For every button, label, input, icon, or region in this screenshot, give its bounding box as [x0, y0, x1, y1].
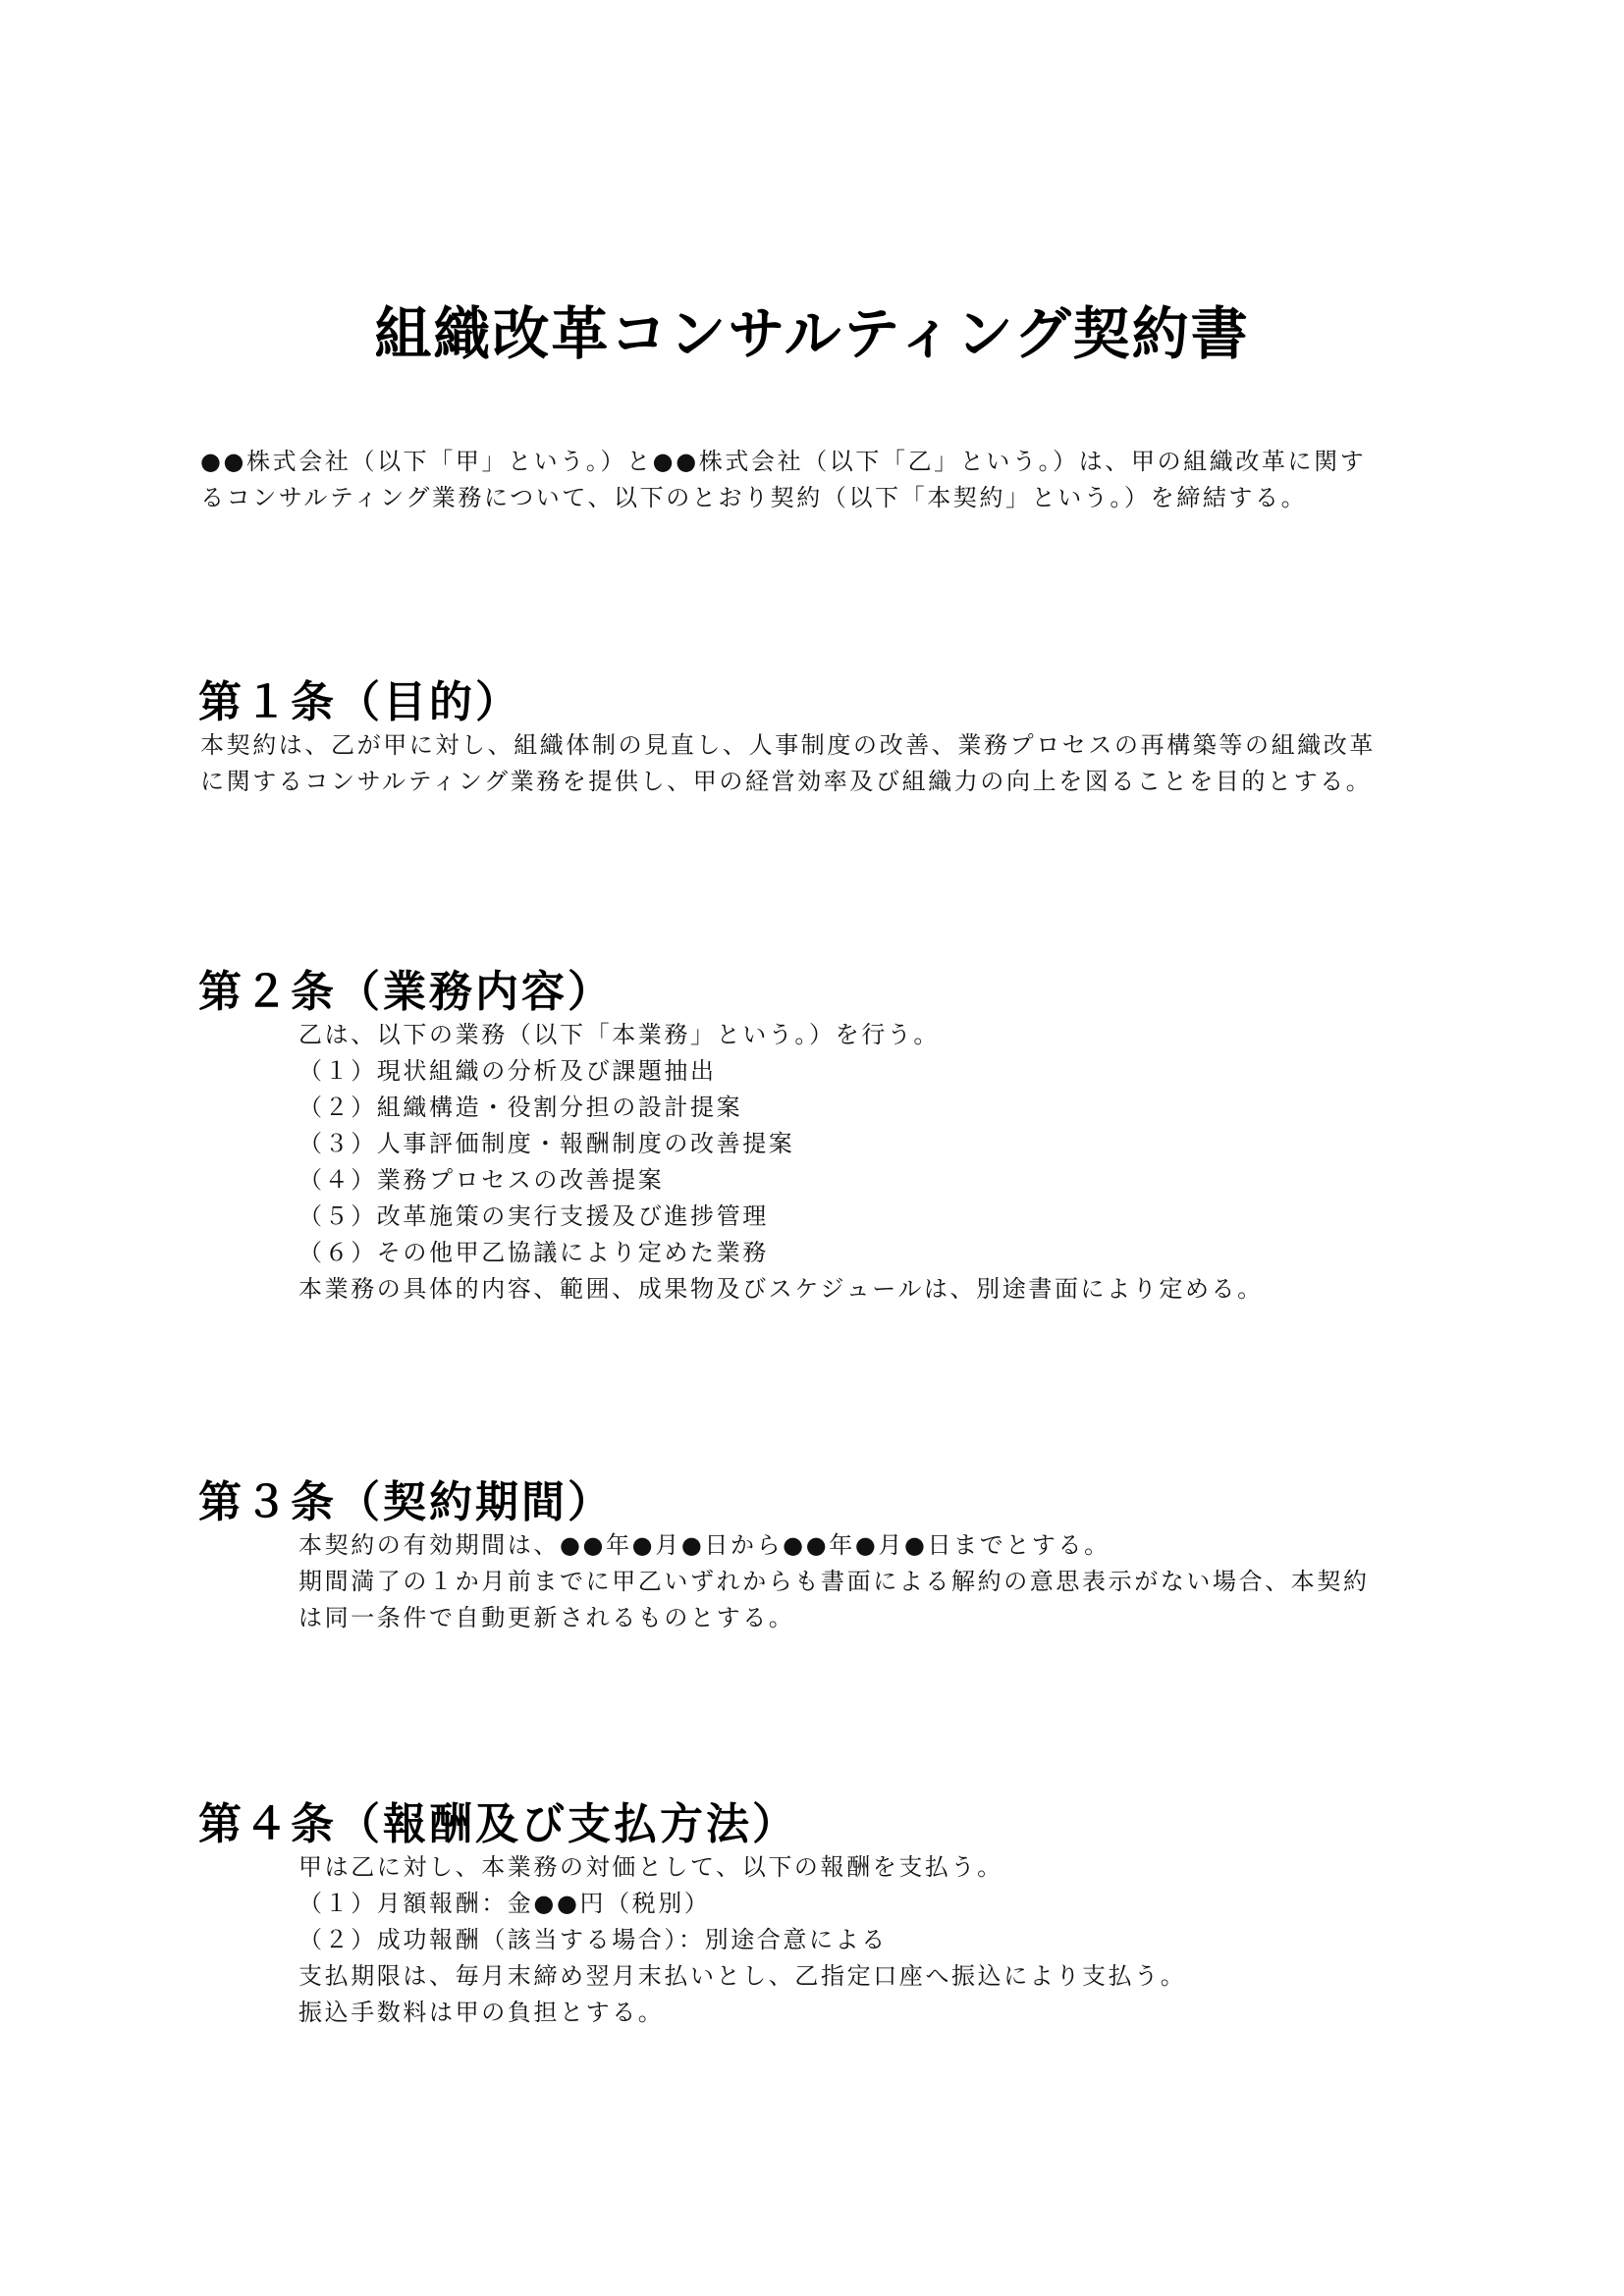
article-line: は同一条件で自動更新されるものとする。 — [298, 1600, 1370, 1636]
preamble-line: ●●株式会社（以下「甲」という。）と●●株式会社（以下「乙」という。）は、甲の組… — [200, 444, 1437, 480]
article-line: 本契約の有効期間は、●●年●月●日から●●年●月●日までとする。 — [298, 1527, 1370, 1564]
preamble: ●●株式会社（以下「甲」という。）と●●株式会社（以下「乙」という。）は、甲の組… — [200, 444, 1437, 516]
article-2-body: 乙は、以下の業務（以下「本業務」という。）を行う。 （１）現状組織の分析及び課題… — [298, 1017, 1264, 1308]
list-item: （４）業務プロセスの改善提案 — [298, 1162, 1264, 1199]
article-line: 本契約は、乙が甲に対し、組織体制の見直し、人事制度の改善、業務プロセスの再構築等… — [200, 727, 1376, 764]
article-line: 支払期限は、毎月末締め翌月末払いとし、乙指定口座へ振込により支払う。 — [298, 1958, 1186, 1995]
list-item: （２）組織構造・役割分担の設計提案 — [298, 1090, 1264, 1126]
list-item: （１）月額報酬：金●●円（税別） — [298, 1886, 1186, 1922]
list-item: （１）現状組織の分析及び課題抽出 — [298, 1053, 1264, 1090]
article-4-body: 甲は乙に対し、本業務の対価として、以下の報酬を支払う。 （１）月額報酬：金●●円… — [298, 1849, 1186, 2031]
list-item: （３）人事評価制度・報酬制度の改善提案 — [298, 1126, 1264, 1162]
list-item: （６）その他甲乙協議により定めた業務 — [298, 1235, 1264, 1271]
article-4-heading: 第４条（報酬及び支払方法） — [198, 1803, 798, 1846]
article-line: 乙は、以下の業務（以下「本業務」という。）を行う。 — [298, 1017, 1264, 1053]
article-line: 本業務の具体的内容、範囲、成果物及びスケジュールは、別途書面により定める。 — [298, 1271, 1264, 1308]
article-line: 期間満了の１か月前までに甲乙いずれからも書面による解約の意思表示がない場合、本契… — [298, 1564, 1370, 1600]
list-item: （５）改革施策の実行支援及び進捗管理 — [298, 1199, 1264, 1235]
article-1-heading: 第１条（目的） — [198, 681, 521, 724]
preamble-line: るコンサルティング業務について、以下のとおり契約（以下「本契約」という。）を締結… — [200, 480, 1437, 516]
contract-page: 組織改革コンサルティング契約書 ●●株式会社（以下「甲」という。）と●●株式会社… — [0, 0, 1624, 2296]
article-1-body: 本契約は、乙が甲に対し、組織体制の見直し、人事制度の改善、業務プロセスの再構築等… — [200, 727, 1376, 800]
article-line: 甲は乙に対し、本業務の対価として、以下の報酬を支払う。 — [298, 1849, 1186, 1886]
article-2-heading: 第２条（業務内容） — [198, 971, 614, 1014]
article-3-body: 本契約の有効期間は、●●年●月●日から●●年●月●日までとする。 期間満了の１か… — [298, 1527, 1370, 1636]
list-item: （２）成功報酬（該当する場合）：別途合意による — [298, 1922, 1186, 1958]
article-line: に関するコンサルティング業務を提供し、甲の経営効率及び組織力の向上を図ることを目… — [200, 764, 1376, 800]
article-3-heading: 第３条（契約期間） — [198, 1481, 614, 1524]
article-line: 振込手数料は甲の負担とする。 — [298, 1995, 1186, 2031]
document-title: 組織改革コンサルティング契約書 — [0, 305, 1624, 362]
